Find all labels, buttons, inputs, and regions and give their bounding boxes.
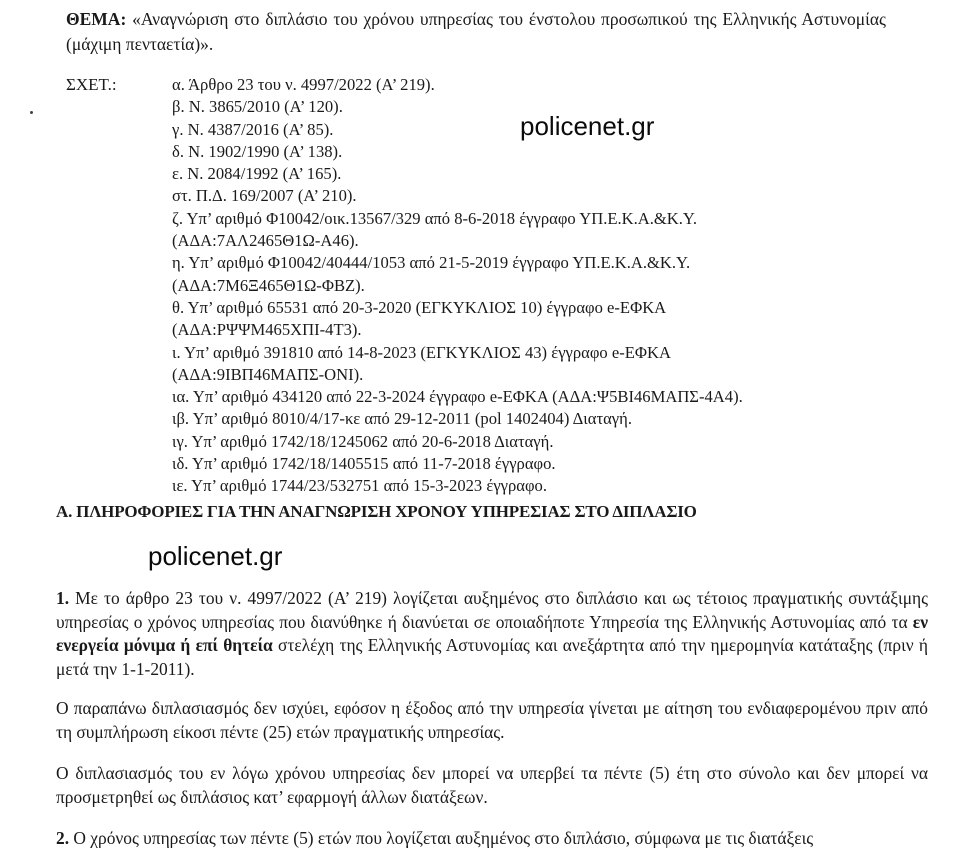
document-page: ΘΕΜΑ: «Αναγνώριση στο διπλάσιο του χρόνο…	[0, 0, 977, 861]
watermark-text: policenet.gr	[520, 111, 654, 142]
reference-item: στ. Π.Δ. 169/2007 (Α’ 210).	[172, 185, 743, 207]
reference-item: (ΑΔΑ:7Μ6Ξ465Θ1Ω-ΦΒΖ).	[172, 275, 743, 297]
paragraph-number: 2.	[56, 828, 69, 848]
reference-item: ια. Υπ’ αριθμό 434120 από 22-3-2024 έγγρ…	[172, 386, 743, 408]
references-list: α. Άρθρο 23 του ν. 4997/2022 (Α’ 219). β…	[172, 74, 743, 498]
reference-item: θ. Υπ’ αριθμό 65531 από 20-3-2020 (ΕΓΚΥΚ…	[172, 297, 743, 319]
reference-item: (ΑΔΑ:9ΙΒΠ46ΜΑΠΣ-ΟΝΙ).	[172, 364, 743, 386]
document-subject: ΘΕΜΑ: «Αναγνώριση στο διπλάσιο του χρόνο…	[66, 7, 886, 57]
reference-item: α. Άρθρο 23 του ν. 4997/2022 (Α’ 219).	[172, 74, 743, 96]
reference-item: ζ. Υπ’ αριθμό Φ10042/οικ.13567/329 από 8…	[172, 208, 743, 230]
paragraph-number: 1.	[56, 588, 69, 608]
reference-item: (ΑΔΑ:7ΑΛ2465Θ1Ω-Α46).	[172, 230, 743, 252]
paragraph-1: 1. Με το άρθρο 23 του ν. 4997/2022 (Α’ 2…	[56, 587, 928, 681]
paragraph-4: 2. Ο χρόνος υπηρεσίας των πέντε (5) ετών…	[56, 827, 928, 851]
paragraph-2: Ο παραπάνω διπλασιασμός δεν ισχύει, εφόσ…	[56, 697, 928, 744]
subject-text: «Αναγνώριση στο διπλάσιο του χρόνου υπηρ…	[66, 9, 886, 54]
reference-item: ι. Υπ’ αριθμό 391810 από 14-8-2023 (ΕΓΚΥ…	[172, 342, 743, 364]
reference-item: (ΑΔΑ:ΡΨΨΜ465ΧΠΙ-4Τ3).	[172, 319, 743, 341]
reference-item: δ. Ν. 1902/1990 (Α’ 138).	[172, 141, 743, 163]
scan-speck	[30, 111, 33, 114]
reference-item: β. Ν. 3865/2010 (Α’ 120).	[172, 96, 743, 118]
reference-item: ιδ. Υπ’ αριθμό 1742/18/1405515 από 11-7-…	[172, 453, 743, 475]
reference-item: ιγ. Υπ’ αριθμό 1742/18/1245062 από 20-6-…	[172, 431, 743, 453]
paragraph-text: Με το άρθρο 23 του ν. 4997/2022 (Α’ 219)…	[56, 588, 928, 632]
subject-label: ΘΕΜΑ:	[66, 9, 126, 29]
section-heading: Α. ΠΛΗΡΟΦΟΡΙΕΣ ΓΙΑ ΤΗΝ ΑΝΑΓΝΩΡΙΣΗ ΧΡΟΝΟΥ…	[56, 502, 697, 522]
reference-item: γ. Ν. 4387/2016 (Α’ 85).	[172, 119, 743, 141]
reference-item: ε. Ν. 2084/1992 (Α’ 165).	[172, 163, 743, 185]
reference-item: η. Υπ’ αριθμό Φ10042/40444/1053 από 21-5…	[172, 252, 743, 274]
reference-item: ιβ. Υπ’ αριθμό 8010/4/17-κε από 29-12-20…	[172, 408, 743, 430]
reference-item: ιε. Υπ’ αριθμό 1744/23/532751 από 15-3-2…	[172, 475, 743, 497]
references-label: ΣΧΕΤ.:	[66, 74, 117, 96]
watermark-text: policenet.gr	[148, 541, 282, 572]
paragraph-text: Ο χρόνος υπηρεσίας των πέντε (5) ετών πο…	[69, 828, 813, 848]
paragraph-3: Ο διπλασιασμός του εν λόγω χρόνου υπηρεσ…	[56, 762, 928, 809]
